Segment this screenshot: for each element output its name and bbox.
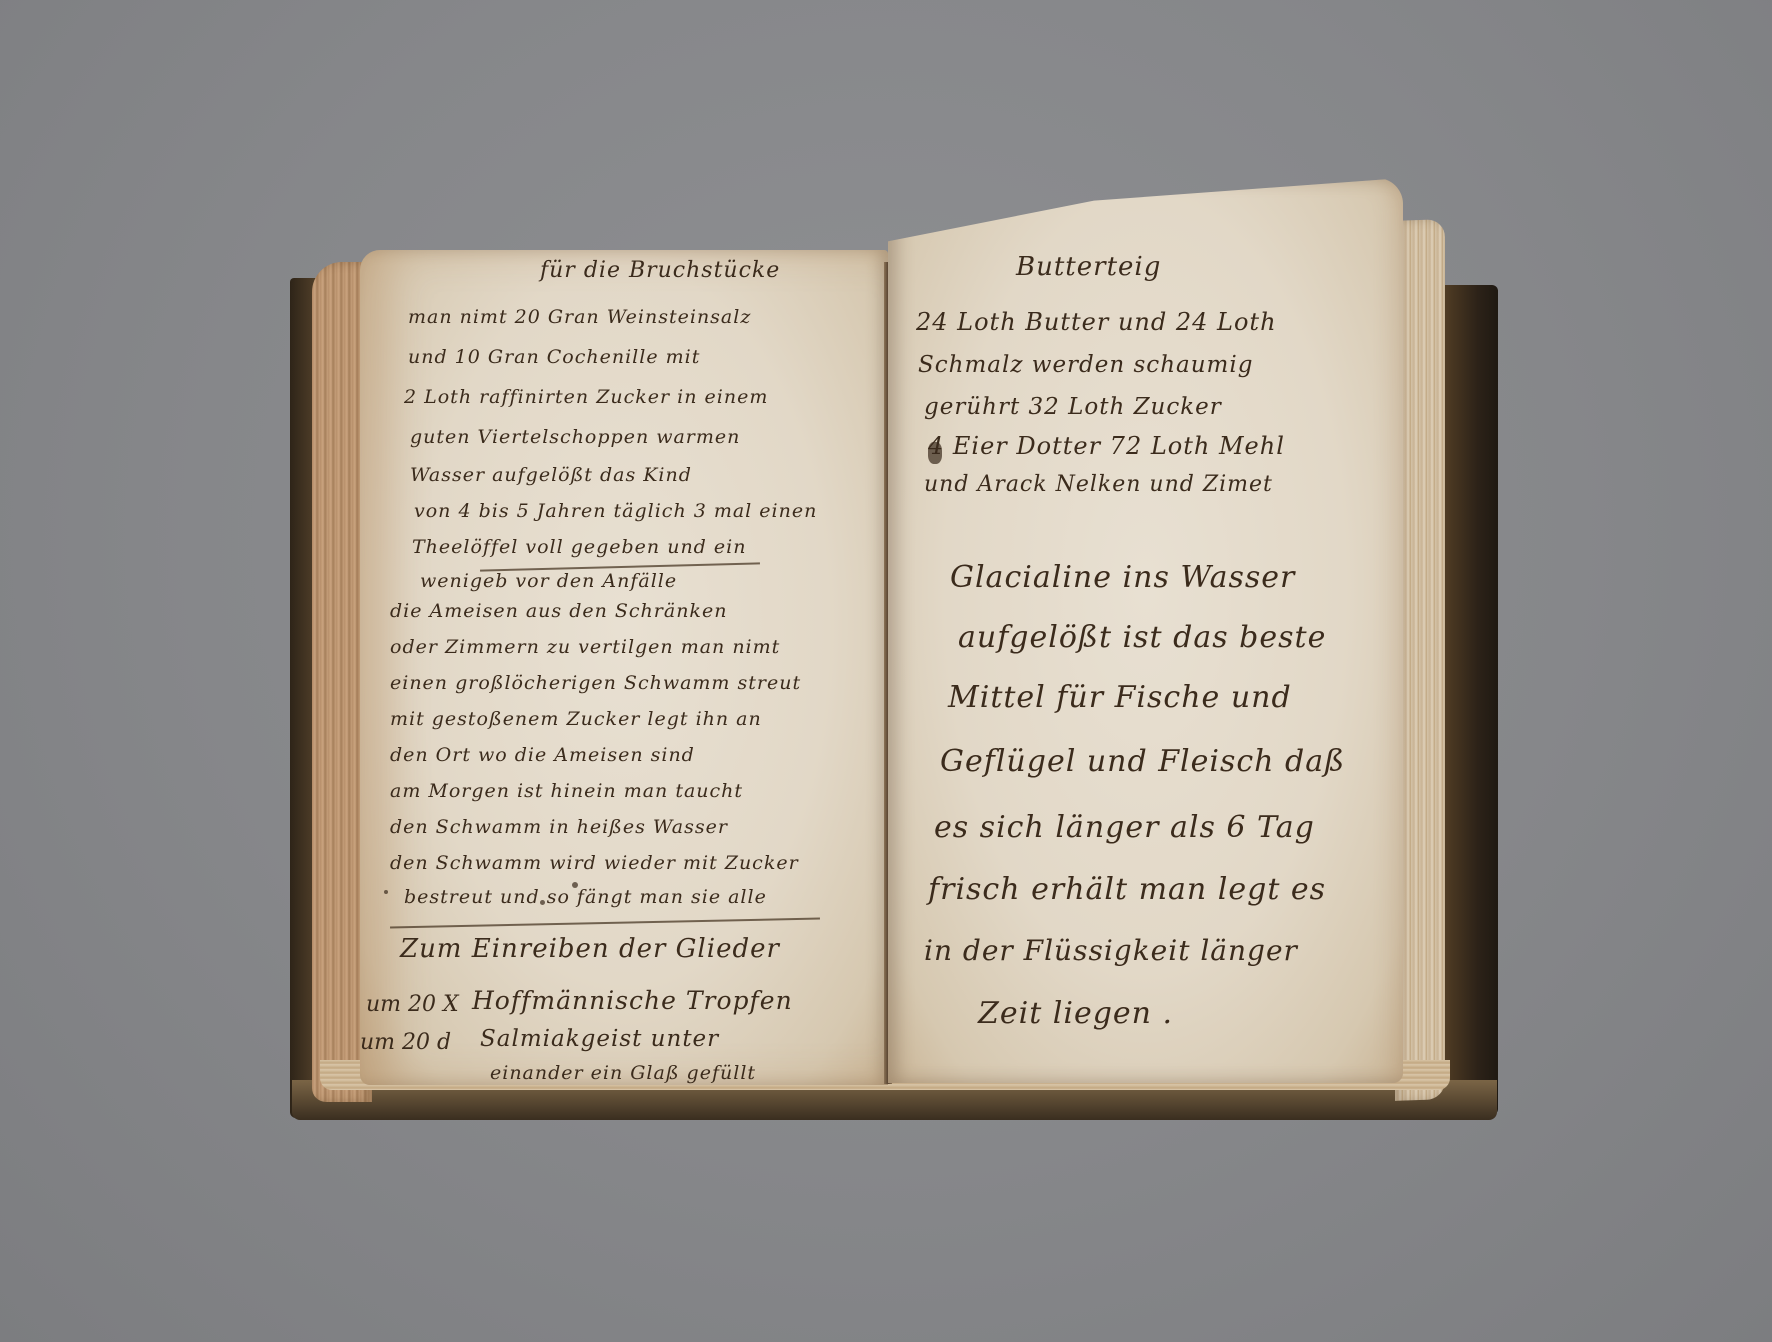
handwritten-line: in der Flüssigkeit länger (924, 934, 1298, 967)
handwritten-line: einander ein Glaß gefüllt (490, 1062, 756, 1084)
handwritten-line: die Ameisen aus den Schränken (390, 600, 727, 622)
ink-blot (384, 890, 388, 894)
ink-blot (540, 900, 545, 905)
handwritten-line: gerührt 32 Loth Zucker (924, 394, 1222, 420)
handwritten-line: und Arack Nelken und Zimet (924, 472, 1273, 497)
handwritten-line: den Schwamm wird wieder mit Zucker (390, 852, 799, 874)
handwritten-line: aufgelößt ist das beste (958, 620, 1326, 655)
left-page: für die Bruchstücke man nimt 20 Gran Wei… (360, 250, 888, 1085)
handwritten-line: Geflügel und Fleisch daß (940, 744, 1345, 779)
handwritten-line: guten Viertelschoppen warmen (410, 426, 740, 448)
handwritten-line: wenigeb vor den Anfälle (420, 570, 677, 592)
right-page-heading: Butterteig (1016, 252, 1161, 282)
handwritten-line: es sich länger als 6 Tag (934, 810, 1315, 845)
handwritten-line: man nimt 20 Gran Weinsteinsalz (408, 306, 751, 328)
handwritten-line: am Morgen ist hinein man taucht (390, 780, 743, 802)
handwritten-line: mit gestoßenem Zucker legt ihn an (390, 708, 762, 730)
handwritten-line: 24 Loth Butter und 24 Loth (916, 308, 1277, 336)
handwritten-line: bestreut und so fängt man sie alle (404, 886, 767, 908)
left-page-heading: für die Bruchstücke (540, 258, 780, 283)
section-heading: Zum Einreiben der Glieder (400, 934, 780, 964)
handwritten-line: Wasser aufgelößt das Kind (410, 464, 692, 486)
handwritten-line: oder Zimmern zu vertilgen man nimt (390, 636, 780, 658)
handwritten-line: und 10 Gran Cochenille mit (408, 346, 700, 368)
margin-note: um 20 X (366, 992, 459, 1017)
ink-blot (572, 882, 578, 888)
handwritten-line: Hoffmännische Tropfen (472, 986, 793, 1015)
right-page: Butterteig 24 Loth Butter und 24 Loth Sc… (888, 178, 1403, 1083)
handwritten-line: Glacialine ins Wasser (950, 560, 1295, 595)
handwritten-line: frisch erhält man legt es (928, 872, 1326, 907)
handwritten-line: den Ort wo die Ameisen sind (390, 744, 695, 766)
divider-rule (390, 917, 820, 928)
margin-note: um 20 d (360, 1030, 451, 1055)
handwritten-line: Salmiakgeist unter (480, 1026, 719, 1052)
handwritten-line: Zeit liegen . (978, 996, 1173, 1031)
handwritten-line: 2 Loth raffinirten Zucker in einem (404, 386, 768, 408)
handwritten-line: den Schwamm in heißes Wasser (390, 816, 728, 838)
handwritten-line: von 4 bis 5 Jahren täglich 3 mal einen (414, 500, 817, 522)
handwritten-line: 4 Eier Dotter 72 Loth Mehl (928, 432, 1285, 460)
ink-blot (928, 442, 942, 464)
handwritten-line: einen großlöcherigen Schwamm streut (390, 672, 801, 694)
handwritten-line: Schmalz werden schaumig (918, 352, 1253, 378)
photo-scene: für die Bruchstücke man nimt 20 Gran Wei… (0, 0, 1772, 1342)
handwritten-line: Mittel für Fische und (948, 680, 1292, 715)
handwritten-line: Theelöffel voll gegeben und ein (412, 536, 746, 558)
